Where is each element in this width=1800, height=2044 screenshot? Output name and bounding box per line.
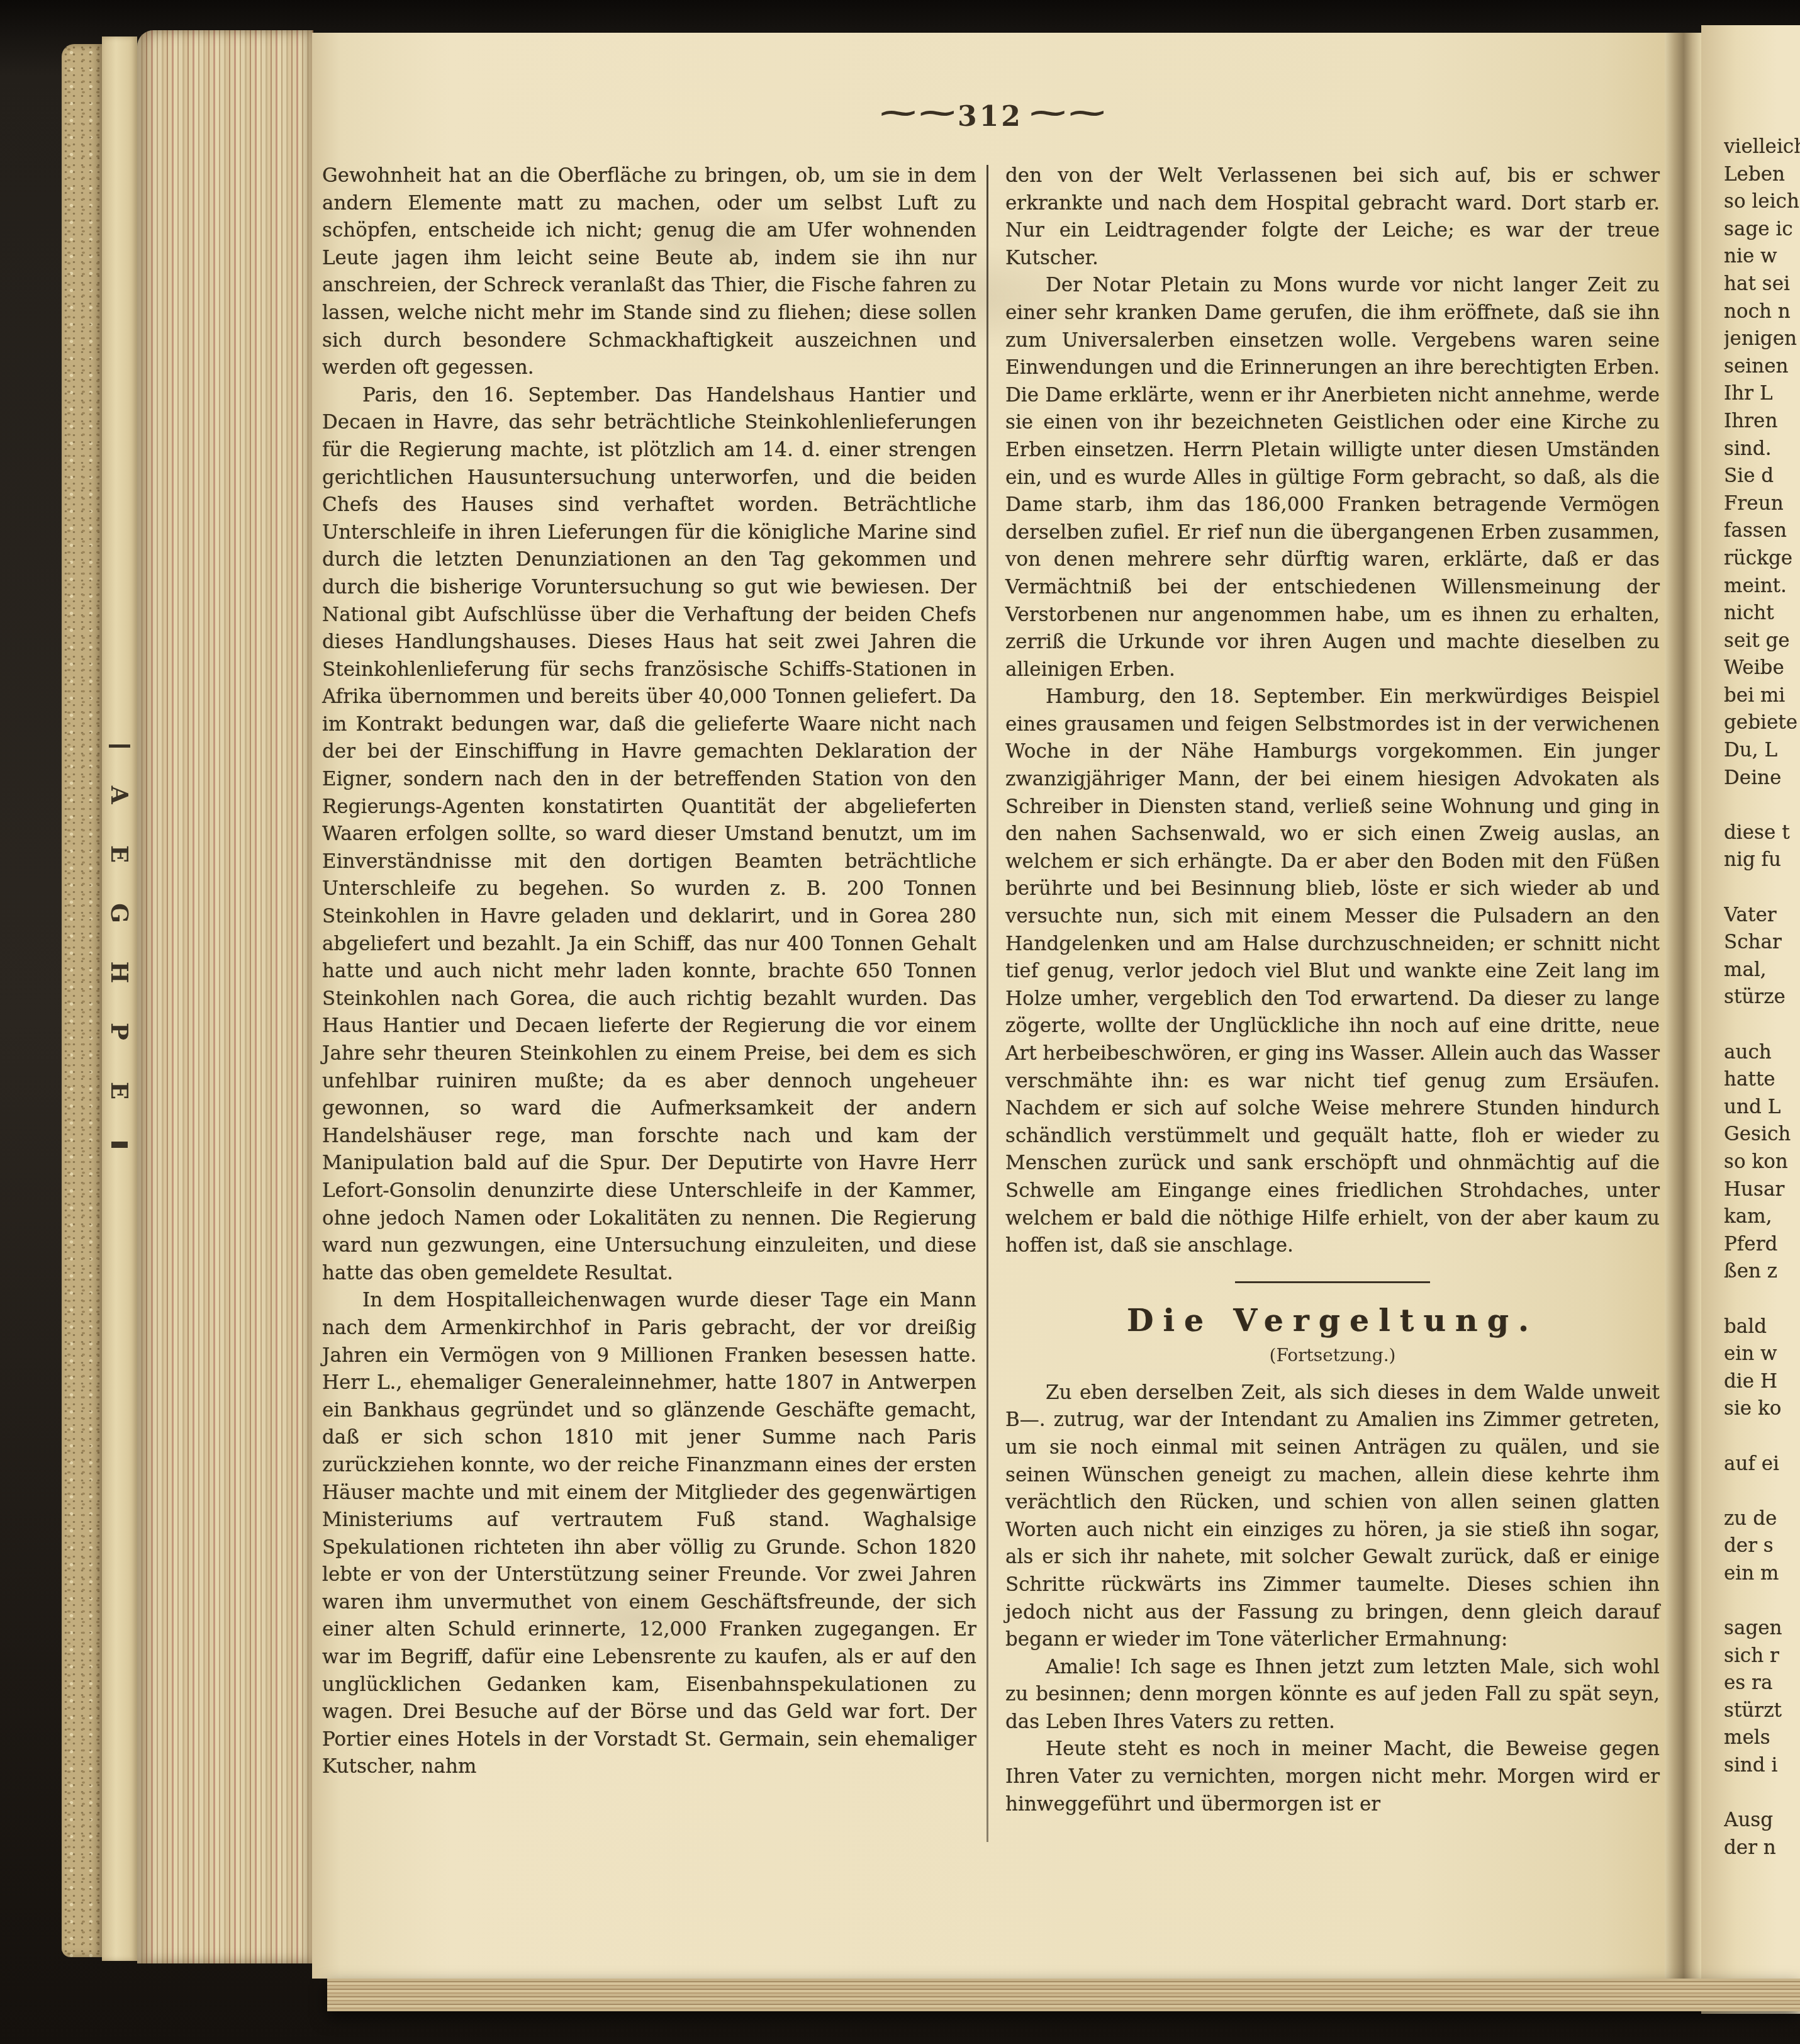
book-cover-marbled-edge: [62, 44, 102, 1957]
cut-off-text-line: sie ko: [1724, 1395, 1800, 1423]
cut-off-text-line: sind.: [1724, 435, 1800, 463]
folded-page-strip: AEGHPE: [102, 36, 137, 1961]
cut-off-text-line: ein w: [1724, 1340, 1800, 1368]
column-divider-rule: [987, 165, 988, 1842]
cut-off-text-line: hatte: [1724, 1066, 1800, 1094]
cut-off-text-line: Schar: [1724, 929, 1800, 957]
cut-off-text-line: der s: [1724, 1532, 1800, 1560]
cut-off-text-line: diese t: [1724, 819, 1800, 847]
cut-off-text-line: Freun: [1724, 490, 1800, 518]
spine-dash-bottom: [111, 1142, 128, 1148]
cut-off-text-line: fassen: [1724, 517, 1800, 545]
paragraph: den von der Welt Verlassenen bei sich au…: [1005, 162, 1660, 272]
right-column-paragraphs: den von der Welt Verlassenen bei sich au…: [1005, 162, 1660, 1260]
paragraph: Paris, den 16. September. Das Handelshau…: [322, 382, 976, 1288]
paragraph: Zu eben derselben Zeit, als sich dieses …: [1005, 1379, 1660, 1654]
left-text-column: Gewohnheit hat an die Oberfläche zu brin…: [322, 162, 976, 1781]
cut-off-text-line: auf ei: [1724, 1451, 1800, 1478]
cut-off-text-line: jenigen: [1724, 325, 1800, 353]
cut-off-text-line: Du, L: [1724, 737, 1800, 765]
paragraph: Amalie! Ich sage es Ihnen jetzt zum letz…: [1005, 1654, 1660, 1736]
cut-off-text-line: nig fu: [1724, 846, 1800, 874]
cut-off-text-line: nie w: [1724, 243, 1800, 271]
left-page: ~~312~~ Gewohnheit hat an die Oberfläche…: [312, 33, 1669, 1979]
cut-off-text-line: die H: [1724, 1368, 1800, 1396]
header-ornament-right: ~~: [1026, 97, 1104, 129]
cut-off-text-line: Pferd: [1724, 1231, 1800, 1259]
cut-off-text-line: Leben: [1724, 161, 1800, 189]
cut-off-text-line: Gesich: [1724, 1121, 1800, 1148]
cut-off-text-line: stürze: [1724, 984, 1800, 1011]
cut-off-text-line: Ihren: [1724, 408, 1800, 435]
cut-off-text-line: so kon: [1724, 1148, 1800, 1176]
spine-letters: AEGHPE: [102, 765, 137, 1120]
story-paragraphs: Zu eben derselben Zeit, als sich dieses …: [1005, 1379, 1660, 1819]
cut-off-text-line: vielleich: [1724, 133, 1800, 161]
cut-off-text-line: [1724, 1286, 1800, 1313]
cut-off-text-line: es ra: [1724, 1670, 1800, 1697]
page-number-header: ~~312~~: [312, 101, 1669, 133]
story-title: Die Vergeltung.: [1005, 1302, 1660, 1339]
header-ornament-left: ~~: [876, 97, 955, 129]
cut-off-text-line: [1724, 1011, 1800, 1039]
cut-off-text-line: stürzt: [1724, 1697, 1800, 1725]
cut-off-text-line: der n: [1724, 1834, 1800, 1862]
cut-off-text-line: und L: [1724, 1094, 1800, 1121]
cut-off-text-line: so leich: [1724, 188, 1800, 216]
right-text-column: den von der Welt Verlassenen bei sich au…: [1005, 162, 1660, 1818]
cut-off-text-line: hat sei: [1724, 271, 1800, 298]
stacked-page-edges: [137, 30, 313, 1963]
page-gutter-fold: [1665, 33, 1701, 1996]
cut-off-text-line: [1724, 1478, 1800, 1505]
cut-off-text-line: [1724, 1780, 1800, 1807]
spine-vertical-text: AEGHPE: [102, 744, 137, 1148]
cut-off-text-line: zu de: [1724, 1505, 1800, 1533]
cut-off-text-line: Sie d: [1724, 463, 1800, 490]
cut-off-text-line: [1724, 874, 1800, 902]
paragraph: In dem Hospitalleichenwagen wurde dieser…: [322, 1287, 976, 1781]
cut-off-text-line: noch n: [1724, 298, 1800, 326]
cut-off-text-line: auch: [1724, 1039, 1800, 1067]
paragraph: Der Notar Pletain zu Mons wurde vor nich…: [1005, 272, 1660, 683]
next-page-partial: vielleichLebenso leichsage icnie what se…: [1701, 25, 1800, 2014]
cut-off-text-line: bei mi: [1724, 682, 1800, 710]
cut-off-text-line: Vater: [1724, 902, 1800, 929]
cut-off-text-line: [1724, 792, 1800, 819]
story-subtitle: (Fortsetzung.): [1005, 1345, 1660, 1366]
cut-off-text-line: bald: [1724, 1313, 1800, 1341]
cut-off-text-line: seinen: [1724, 353, 1800, 381]
cut-off-text-line: [1724, 1587, 1800, 1615]
cut-off-text-line: Weibe: [1724, 654, 1800, 682]
paragraph: Hamburg, den 18. September. Ein merkwürd…: [1005, 683, 1660, 1259]
cut-off-text-line: gebiete: [1724, 709, 1800, 737]
cut-off-text-line: meint.: [1724, 573, 1800, 600]
page-number: 312: [958, 101, 1023, 133]
cut-off-text-line: nicht: [1724, 600, 1800, 627]
cut-off-text-line: [1724, 1423, 1800, 1451]
next-page-partial-column: vielleichLebenso leichsage icnie what se…: [1724, 133, 1800, 1861]
section-divider-rule: [1235, 1281, 1430, 1283]
cut-off-text-line: mels: [1724, 1724, 1800, 1752]
cut-off-text-line: sagen: [1724, 1615, 1800, 1642]
cut-off-text-line: sind i: [1724, 1752, 1800, 1780]
cut-off-text-line: sich r: [1724, 1642, 1800, 1670]
cut-off-text-line: Deine: [1724, 765, 1800, 792]
cut-off-text-line: sage ic: [1724, 216, 1800, 244]
paragraph: Gewohnheit hat an die Oberfläche zu brin…: [322, 162, 976, 382]
bottom-page-edges: [327, 1979, 1800, 2011]
cut-off-text-line: Ausg: [1724, 1807, 1800, 1834]
cut-off-text-line: Husar: [1724, 1176, 1800, 1204]
cut-off-text-line: mal,: [1724, 957, 1800, 984]
cut-off-text-line: ßen z: [1724, 1258, 1800, 1286]
cut-off-text-line: seit ge: [1724, 627, 1800, 655]
spine-dash-top: [109, 744, 130, 748]
cut-off-text-line: Ihr L: [1724, 380, 1800, 408]
scanned-book-photo: AEGHPE ~~312~~ Gewohnheit hat an die Obe…: [0, 0, 1800, 2044]
cut-off-text-line: rückge: [1724, 545, 1800, 573]
paragraph: Heute steht es noch in meiner Macht, die…: [1005, 1736, 1660, 1818]
cut-off-text-line: ein m: [1724, 1560, 1800, 1588]
cut-off-text-line: kam,: [1724, 1203, 1800, 1231]
